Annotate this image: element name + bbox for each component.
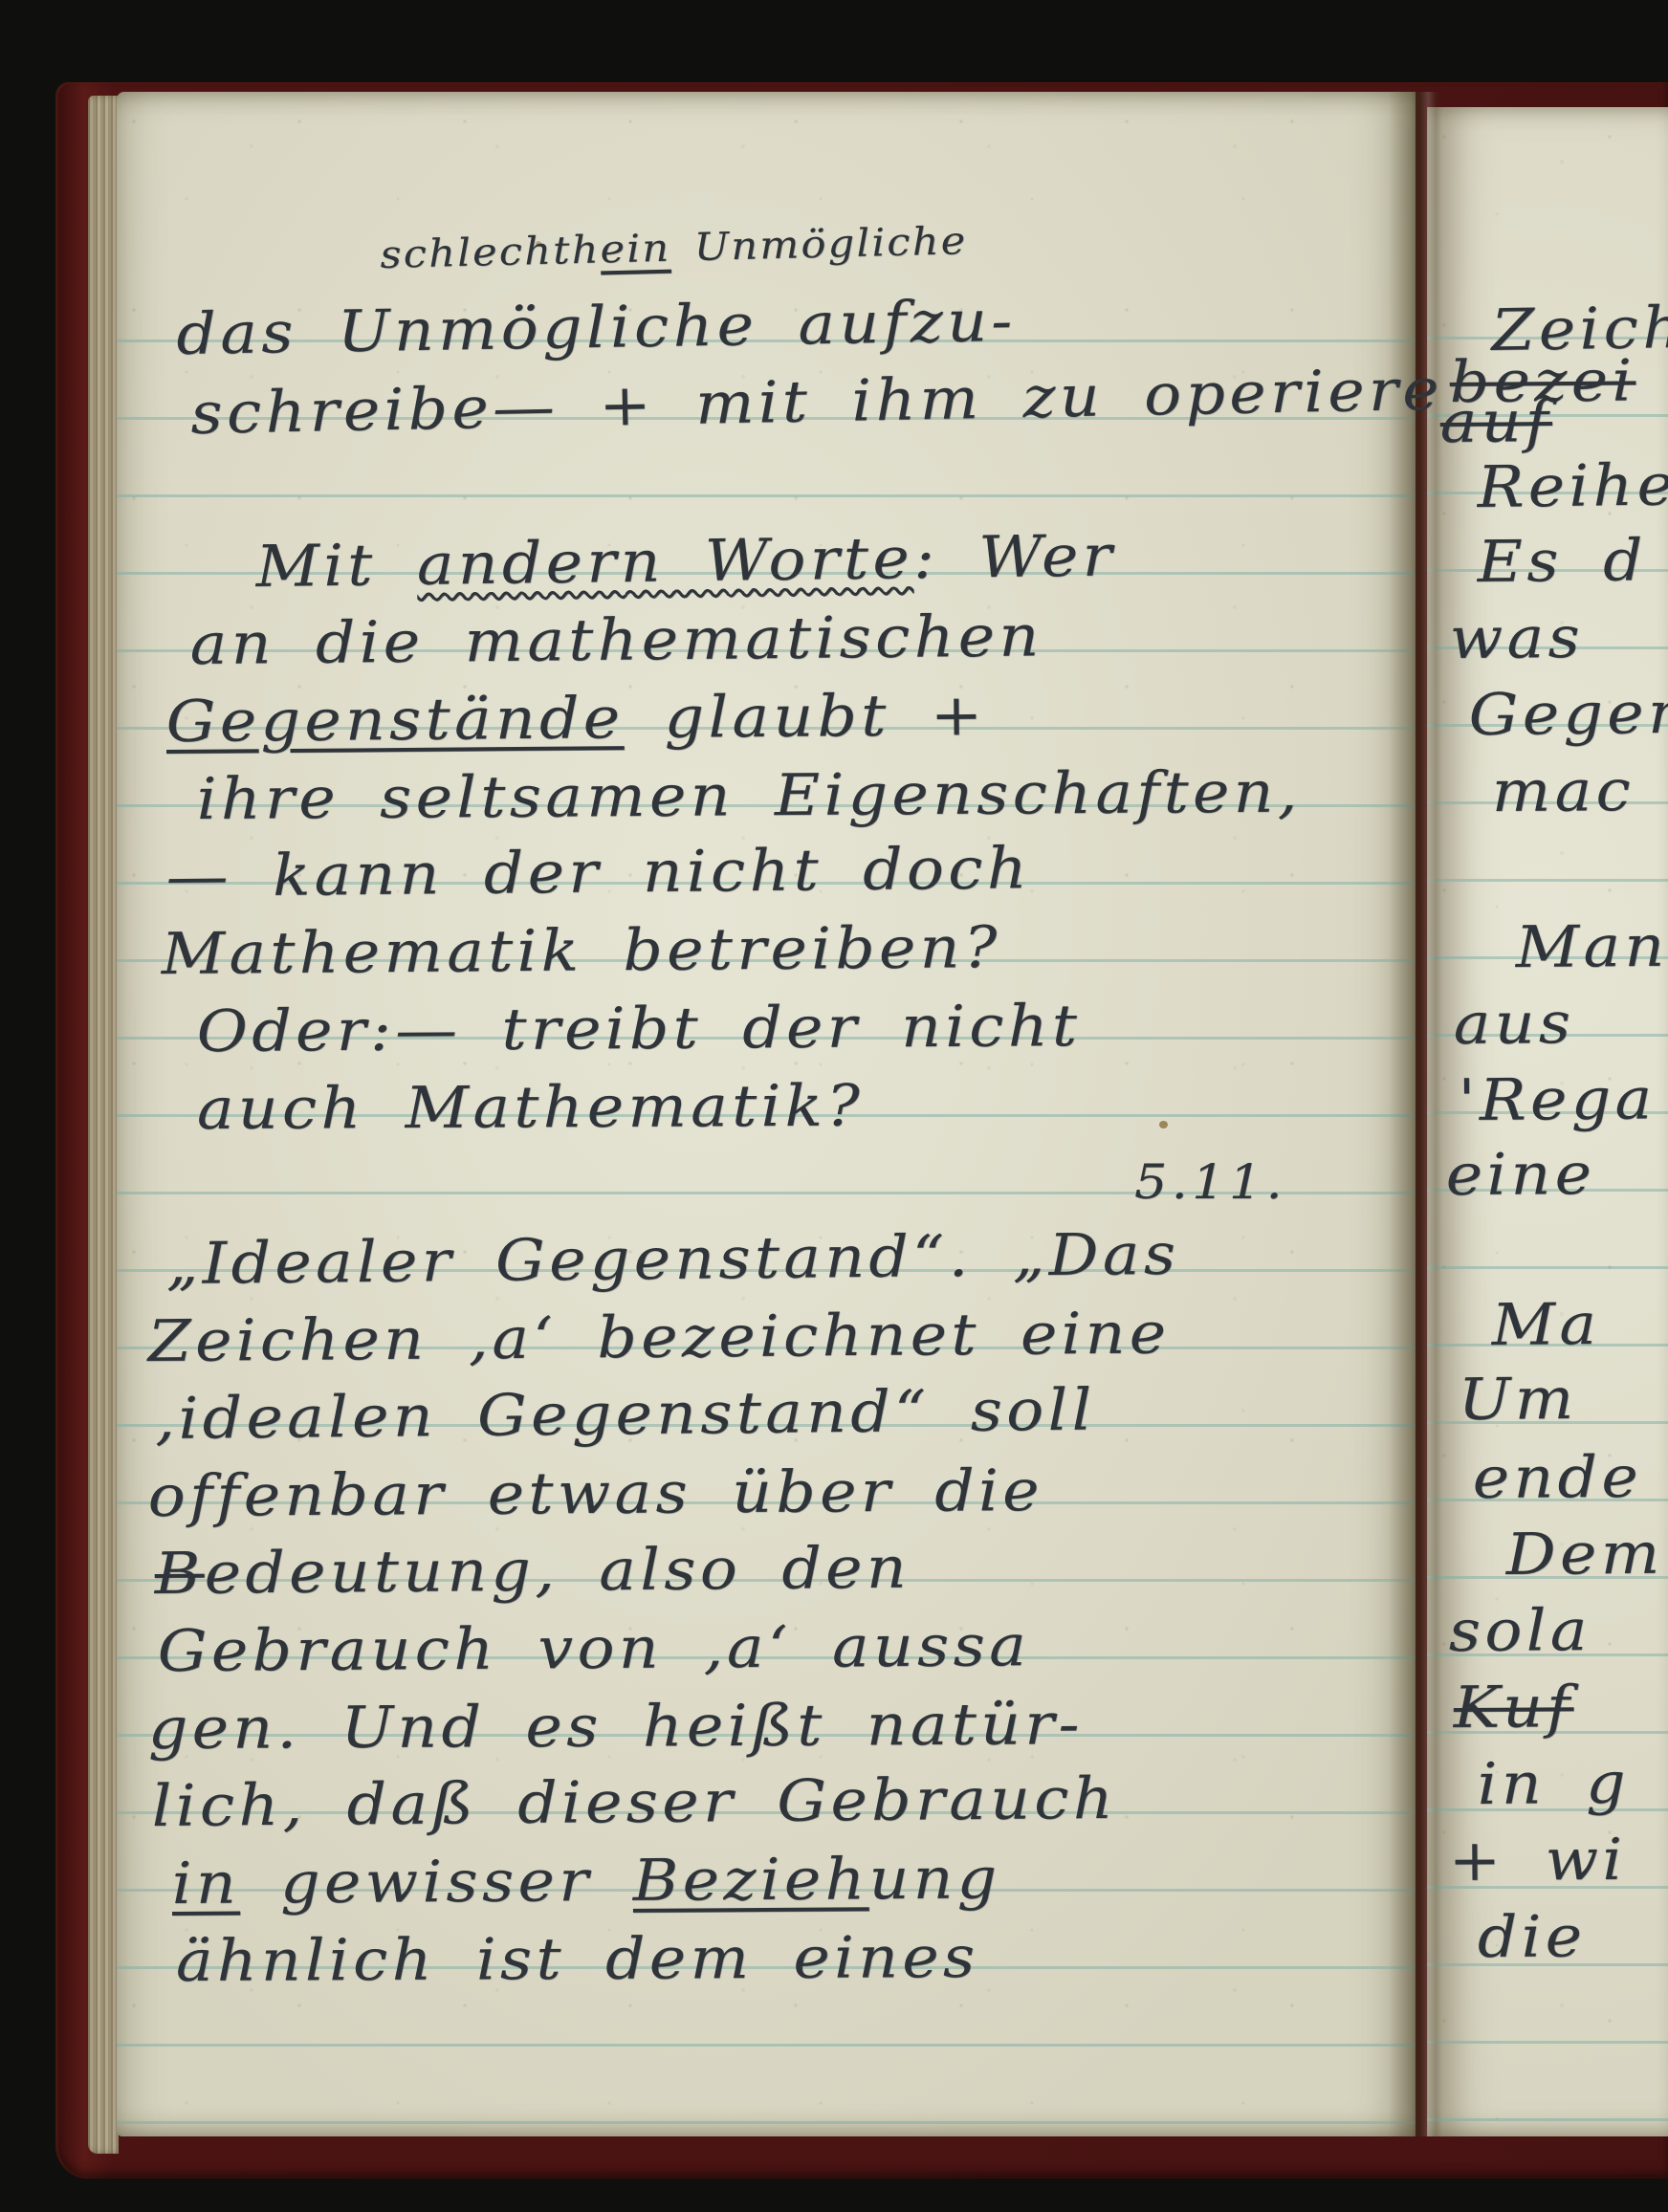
handwritten-line: ihre seltsamen Eigenschaften, <box>197 764 1302 828</box>
handwritten-fragment: was <box>1449 609 1584 668</box>
handwritten-fragment: Es d <box>1477 532 1647 591</box>
handwritten-fragment: sola <box>1449 1602 1591 1660</box>
handwriting-segment: schlechth <box>380 228 601 277</box>
handwritten-line: in gewisser Beziehung <box>172 1850 1001 1913</box>
handwriting-segment: Man <box>1515 913 1668 981</box>
handwritten-fragment: Gegen <box>1468 685 1668 744</box>
handwriting-segment: was <box>1449 604 1584 672</box>
handwriting-segment: : Wer <box>912 522 1116 592</box>
handwritten-fragment: eine <box>1446 1146 1596 1204</box>
handwriting-segment: Es d <box>1477 527 1647 596</box>
handwriting-segment: edeutung, also den <box>204 1535 911 1608</box>
handwritten-line: das Unmögliche aufzu- <box>176 293 1017 363</box>
page-edge-stack <box>88 96 119 2154</box>
handwriting-strike-segment: auf <box>1439 388 1552 456</box>
handwriting-segment: ‚idealen Gegenstand“ soll <box>154 1376 1096 1453</box>
handwriting-segment: ende <box>1473 1444 1643 1512</box>
handwriting-segment: Oder:— treibt der nicht <box>197 993 1082 1065</box>
notebook-photo: schlechthein Unmöglichedas Unmögliche au… <box>0 0 1668 2212</box>
handwriting-segment: Gegen <box>1468 680 1668 749</box>
handwriting-segment: Dem <box>1505 1521 1663 1588</box>
handwriting-underline-segment: Bezieh <box>632 1846 868 1915</box>
handwritten-line: gen. Und es heißt natür- <box>148 1696 1084 1758</box>
handwriting-segment: aus <box>1454 990 1575 1058</box>
handwriting-segment: lich, daß dieser Gebrauch <box>151 1765 1117 1840</box>
handwriting-segment: eine <box>1446 1141 1596 1209</box>
handwriting-segment: Zeichen ‚a‘ bezeichnet eine <box>147 1300 1170 1375</box>
handwritten-line: Mit andern Worte: Wer <box>255 527 1116 596</box>
handwriting-segment: glaubt + <box>624 682 987 752</box>
handwriting-wavy-segment: andern Worte <box>416 525 913 599</box>
handwriting-segment: auch Mathematik? <box>197 1073 865 1143</box>
handwritten-line: Oder:— treibt der nicht <box>197 997 1082 1061</box>
handwriting-segment: 5.11. <box>1134 1154 1286 1210</box>
handwriting-segment: Reihe <box>1477 451 1668 521</box>
handwriting-underline-segment: in <box>172 1851 241 1917</box>
handwritten-fragment: in g <box>1477 1755 1630 1813</box>
handwriting-segment: das Unmögliche aufzu- <box>176 288 1017 368</box>
handwritten-line: Gebrauch von ‚a‘ aussa <box>158 1617 1031 1680</box>
handwriting-segment: die <box>1478 1903 1587 1971</box>
handwriting-segment: 'Rega <box>1458 1065 1656 1134</box>
handwritten-line: ähnlich ist dem eines <box>176 1929 979 1990</box>
handwriting-segment: gewisser <box>240 1848 633 1917</box>
handwritten-line: „Idealer Gegenstand“. „Das <box>165 1226 1179 1293</box>
handwriting-segment: — kann der nicht doch <box>165 835 1031 910</box>
section-number: 5.11. <box>1134 1158 1286 1206</box>
handwritten-fragment: Reihe <box>1477 456 1668 516</box>
handwriting-segment: Unmögliche <box>670 219 968 271</box>
handwriting-segment: offenbar etwas über die <box>148 1457 1043 1530</box>
handwriting-segment: + wi <box>1449 1827 1627 1894</box>
handwritten-line: Bedeutung, also den <box>154 1540 911 1603</box>
handwriting-segment: mac <box>1492 757 1635 825</box>
handwriting-segment: gen. Und es heißt natür- <box>148 1691 1084 1763</box>
handwritten-line: — kann der nicht doch <box>165 840 1031 906</box>
handwriting-segment: Mit <box>255 532 417 601</box>
handwritten-fragment: Ma <box>1491 1296 1600 1354</box>
handwriting-strike-segment: Kuf <box>1454 1674 1574 1741</box>
paper-speck <box>1159 1121 1168 1128</box>
handwritten-fragment: Kuf <box>1454 1678 1574 1737</box>
handwritten-fragment: die <box>1478 1908 1587 1966</box>
handwritten-line: Mathematik betreiben? <box>161 919 1001 983</box>
handwriting-segment: Gebrauch von ‚a‘ aussa <box>158 1612 1031 1685</box>
handwriting-segment: Mathematik betreiben? <box>161 914 1001 988</box>
handwriting-segment: Ma <box>1491 1291 1600 1359</box>
handwritten-line: lich, daß dieser Gebrauch <box>151 1770 1117 1835</box>
handwritten-line: an die mathematischen <box>189 607 1042 673</box>
handwritten-fragment: Man <box>1515 918 1668 976</box>
handwriting-segment: ähnlich ist dem eines <box>176 1924 979 1995</box>
handwritten-line: offenbar etwas über die <box>148 1462 1043 1525</box>
handwriting-segment: „Idealer Gegenstand“. „Das <box>165 1221 1179 1298</box>
handwriting-underline-segment: Gegenstände <box>165 685 624 756</box>
handwriting-segment: an die mathematischen <box>189 602 1043 678</box>
handwritten-line: Zeichen ‚a‘ bezeichnet eine <box>147 1304 1170 1370</box>
handwriting-strike-segment: B <box>154 1541 205 1608</box>
handwritten-fragment: + wi <box>1449 1831 1627 1890</box>
handwriting-segment: ihre seltsamen Eigenschaften, <box>197 759 1302 833</box>
handwritten-line: ‚idealen Gegenstand“ soll <box>154 1381 1096 1448</box>
handwritten-fragment: ende <box>1473 1449 1643 1507</box>
handwritten-fragment: mac <box>1492 762 1635 821</box>
handwriting-segment: in g <box>1477 1750 1630 1818</box>
handwritten-fragment: 'Rega <box>1458 1070 1656 1129</box>
handwriting-segment: ung <box>868 1845 1000 1913</box>
handwritten-fragment: Dem <box>1505 1525 1663 1584</box>
handwritten-line: auch Mathematik? <box>197 1078 865 1138</box>
handwritten-fragment: auf <box>1439 393 1552 451</box>
handwriting-segment: Um <box>1458 1366 1577 1434</box>
handwritten-fragment: Um <box>1458 1370 1577 1429</box>
handwritten-fragment: aus <box>1454 995 1575 1053</box>
handwritten-line: Gegenstände glaubt + <box>165 687 986 751</box>
handwriting-underline-segment: ein <box>600 227 671 273</box>
handwriting-segment: sola <box>1449 1597 1591 1665</box>
